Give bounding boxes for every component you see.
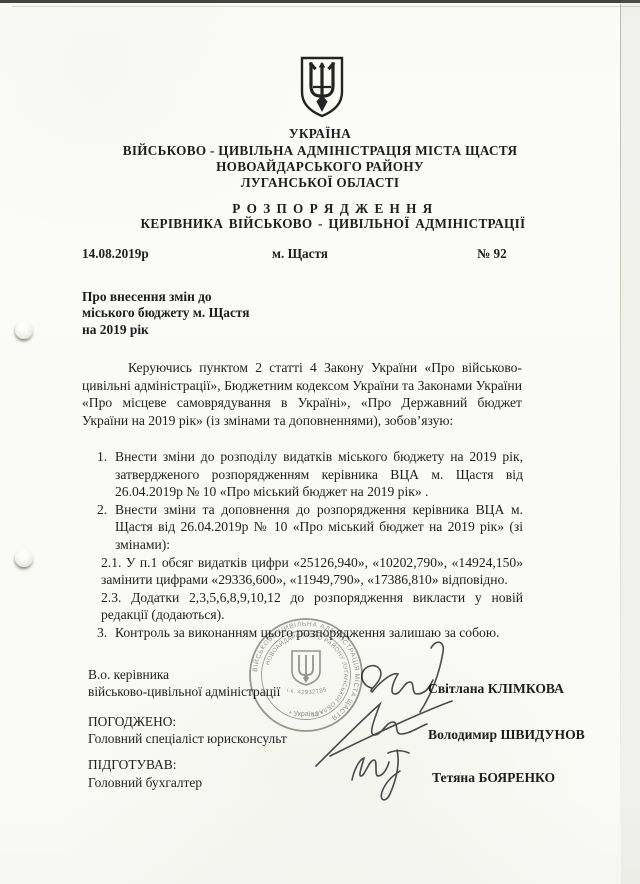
org-name-line-1: ВІЙСЬКОВО - ЦИВІЛЬНА АДМІНІСТРАЦІЯ МІСТА…: [85, 143, 555, 159]
preamble-paragraph: Керуючись пунктом 2 статті 4 Закону Укра…: [82, 359, 522, 429]
scan-edge-top-shadow: [12, 6, 640, 7]
list-item: 2. Внести зміни та доповнення до розпоря…: [97, 501, 523, 624]
scanned-document-page: УКРАЇНА ВІЙСЬКОВО - ЦИВІЛЬНА АДМІНІСТРАЦ…: [0, 0, 640, 884]
document-subject: Про внесення змін до міського бюджету м.…: [82, 289, 250, 338]
document-date: 14.08.2019р: [82, 246, 149, 262]
hole-punch-top: [15, 321, 33, 339]
signature-boyarenko: [352, 758, 389, 780]
subject-line: на 2019 рік: [82, 322, 250, 338]
signature-klimkova-flourish: [420, 642, 443, 712]
scan-edge-top: [0, 0, 640, 3]
org-name-line-2: НОВОАЙДАРСЬКОГО РАЙОНУ: [85, 159, 555, 175]
list-item: 1. Внести зміни до розподілу видатків мі…: [97, 448, 523, 501]
signature-klimkova: [362, 666, 433, 694]
item-main-text: Внести зміни та доповнення до розпорядже…: [115, 501, 523, 554]
item-text: Внести зміни до розподілу видатків міськ…: [115, 448, 523, 501]
signatory-role: ПІДГОТУВАВ:: [88, 757, 176, 773]
scan-edge-right-strip: [621, 0, 640, 884]
stamp-trident-icon: [292, 651, 320, 685]
stamp-country-text: * Україна *: [289, 711, 323, 718]
signatory-name: Тетяна БОЯРЕНКО: [432, 770, 555, 786]
signatory-role: ПОГОДЖЕНО:: [88, 714, 176, 730]
org-name-line-3: ЛУГАНСЬКОЇ ОБЛАСТІ: [85, 175, 555, 191]
scan-edge-right: [620, 4, 621, 884]
document-number: № 92: [477, 246, 507, 262]
item-number: 3.: [97, 624, 115, 642]
item-text: Внести зміни та доповнення до розпорядже…: [115, 501, 523, 624]
signatory-role: В.о. керівника: [88, 667, 169, 683]
order-items-list: 1. Внести зміни до розподілу видатків мі…: [97, 448, 523, 642]
item-number: 1.: [97, 448, 115, 501]
signatory-name: Володимир ШВИДУНОВ: [428, 727, 585, 743]
signatory-role: Головний бухгалтер: [88, 775, 202, 791]
document-type-subtitle: КЕРІВНИКА ВІЙСЬКОВО - ЦИВІЛЬНОЇ АДМІНІСТ…: [98, 216, 568, 232]
item-subitem: 2.1. У п.1 обсяг видатків цифри «25126,9…: [101, 554, 523, 589]
country-name: УКРАЇНА: [85, 126, 555, 142]
document-place: м. Щастя: [272, 246, 328, 262]
svg-text:і.к. 42932785: і.к. 42932785: [286, 687, 328, 696]
document-type-title: Р О З П О Р Я Д Ж Е Н Н Я: [98, 201, 568, 217]
stamp-id-code: і.к. 42932785: [286, 687, 328, 696]
signature-boyarenko-bar: [388, 751, 409, 753]
official-round-stamp: ВІЙСЬКОВО-ЦИВІЛЬНА АДМІНІСТРАЦІЯ МІСТА Щ…: [246, 615, 366, 735]
subject-line: Про внесення змін до: [82, 289, 250, 305]
hole-punch-bottom: [15, 549, 33, 567]
signature-boyarenko-flourish: [381, 750, 400, 800]
signatory-name: Світлана КЛІМКОВА: [428, 681, 564, 697]
subject-line: міського бюджету м. Щастя: [82, 305, 250, 321]
coat-of-arms-ukraine-icon: [298, 56, 346, 120]
